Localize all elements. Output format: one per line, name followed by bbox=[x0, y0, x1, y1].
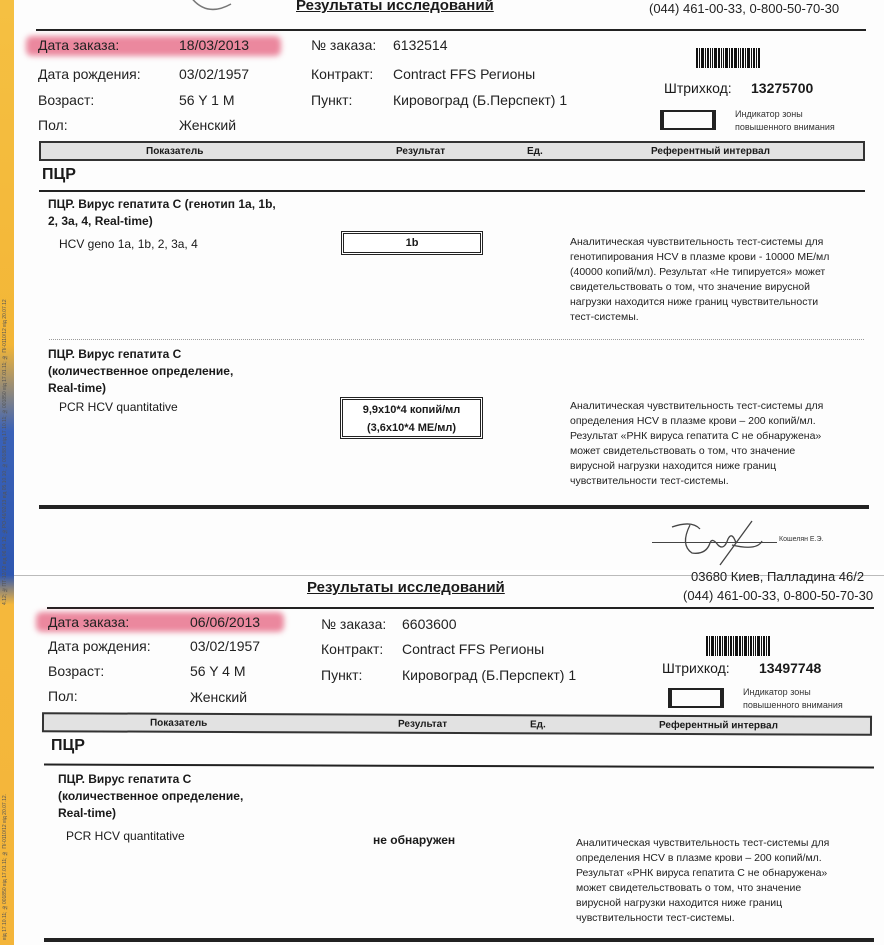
footer-divider bbox=[39, 505, 869, 509]
result-value-genotype: 1b bbox=[341, 231, 483, 255]
contract-value: Contract FFS Регионы bbox=[402, 641, 544, 657]
results-table-header: Показатель Результат Ед. Референтный инт… bbox=[39, 141, 865, 161]
results-table-header: Показатель Результат Ед. Референтный инт… bbox=[42, 712, 872, 736]
order-number-value: 6603600 bbox=[402, 616, 457, 632]
order-date-label: Дата заказа: bbox=[38, 37, 119, 53]
reference-quantitative: Аналитическая чувствительность тест-сист… bbox=[576, 836, 846, 926]
report-sheet-1: Результаты исследований (044) 461-00-33,… bbox=[14, 0, 884, 570]
col-indicator: Показатель bbox=[146, 146, 203, 157]
footer-divider bbox=[44, 938, 874, 942]
age-value: 56 Y 1 M bbox=[179, 92, 235, 108]
order-number-label: № заказа: bbox=[321, 616, 386, 632]
license-text-vertical: 4.12; №ПТ-12/12 від 06.04.12; №РО-46/02/… bbox=[2, 205, 8, 605]
logo-arc-icon bbox=[186, 0, 246, 18]
point-label: Пункт: bbox=[321, 667, 362, 683]
test-subname-quantitative: PCR HCV quantitative bbox=[59, 400, 178, 414]
barcode-number: 13497748 bbox=[759, 660, 821, 676]
lab-phone: (044) 461-00-33, 0-800-50-70-30 bbox=[649, 1, 839, 16]
test-name-quantitative: ПЦР. Вирус гепатита С (количественное оп… bbox=[48, 346, 233, 397]
point-label: Пункт: bbox=[311, 92, 352, 108]
point-value: Кировоград (Б.Перспект) 1 bbox=[393, 92, 567, 108]
attention-indicator-label: Индикатор зоны повышенного внимания bbox=[735, 108, 835, 134]
age-label: Возраст: bbox=[48, 663, 104, 679]
barcode-label: Штрихкод: bbox=[664, 80, 732, 96]
report-sheet-2: 03680 Киев, Палладина 46/2 Результаты ис… bbox=[14, 575, 884, 945]
header-divider bbox=[36, 29, 866, 31]
result-value-quantitative: не обнаружен bbox=[373, 833, 455, 847]
order-number-value: 6132514 bbox=[393, 37, 448, 53]
contract-label: Контракт: bbox=[321, 641, 383, 657]
reference-genotype: Аналитическая чувствительность тест-сист… bbox=[570, 235, 840, 325]
col-result: Результат bbox=[398, 719, 447, 730]
barcode-number: 13275700 bbox=[751, 80, 813, 96]
sex-label: Пол: bbox=[38, 117, 68, 133]
header-divider bbox=[47, 607, 874, 609]
col-unit: Ед. bbox=[527, 146, 543, 157]
sex-value: Женский bbox=[179, 117, 236, 133]
attention-indicator-box bbox=[668, 688, 724, 708]
reference-quantitative: Аналитическая чувствительность тест-сист… bbox=[570, 399, 840, 489]
section-title-pcr: ПЦР bbox=[42, 166, 76, 184]
test-subname-quantitative: PCR HCV quantitative bbox=[66, 829, 185, 843]
birth-date-label: Дата рождения: bbox=[38, 66, 141, 82]
section-title-pcr: ПЦР bbox=[51, 737, 85, 755]
license-text-vertical-2: від 17.10.11; №001850 від 17.01.11; № П/… bbox=[2, 790, 8, 940]
order-number-label: № заказа: bbox=[311, 37, 376, 53]
col-reference: Референтный интервал bbox=[659, 720, 778, 732]
birth-date-value: 03/02/1957 bbox=[179, 66, 249, 82]
lab-address: 03680 Киев, Палладина 46/2 bbox=[691, 569, 864, 584]
order-date-value: 06/06/2013 bbox=[190, 614, 260, 630]
order-date-value: 18/03/2013 bbox=[179, 37, 249, 53]
contract-value: Contract FFS Регионы bbox=[393, 66, 535, 82]
order-date-label: Дата заказа: bbox=[48, 614, 129, 630]
col-indicator: Показатель bbox=[150, 718, 207, 729]
col-result: Результат bbox=[396, 146, 445, 157]
report-title: Результаты исследований bbox=[296, 0, 494, 14]
barcode-icon bbox=[706, 636, 770, 656]
birth-date-value: 03/02/1957 bbox=[190, 638, 260, 654]
attention-indicator-box bbox=[660, 110, 716, 130]
test-name-genotype: ПЦР. Вирус гепатита С (генотип 1а, 1b, 2… bbox=[48, 196, 276, 230]
signature-icon bbox=[662, 515, 772, 570]
test-name-quantitative: ПЦР. Вирус гепатита С (количественное оп… bbox=[58, 771, 243, 822]
birth-date-label: Дата рождения: bbox=[48, 638, 151, 654]
col-unit: Ед. bbox=[530, 719, 546, 730]
barcode-label: Штрихкод: bbox=[662, 660, 730, 676]
age-label: Возраст: bbox=[38, 92, 94, 108]
section-divider bbox=[39, 190, 865, 192]
sex-value: Женский bbox=[190, 689, 247, 705]
sex-label: Пол: bbox=[48, 688, 78, 704]
barcode-icon bbox=[696, 48, 760, 68]
attention-indicator-label: Индикатор зоны повышенного внимания bbox=[743, 686, 843, 712]
signer-name: Кошелян Е.Э. bbox=[779, 536, 824, 543]
lab-phone: (044) 461-00-33, 0-800-50-70-30 bbox=[683, 588, 873, 603]
age-value: 56 Y 4 M bbox=[190, 663, 246, 679]
col-reference: Референтный интервал bbox=[651, 146, 770, 157]
point-value: Кировоград (Б.Перспект) 1 bbox=[402, 667, 576, 683]
section-divider bbox=[44, 764, 874, 769]
test-separator bbox=[49, 339, 864, 340]
result-value-quantitative: 9,9x10*4 копий/мл (3,6x10*4 МЕ/мл) bbox=[340, 397, 483, 439]
test-subname-genotype: HCV geno 1a, 1b, 2, 3a, 4 bbox=[59, 237, 198, 251]
contract-label: Контракт: bbox=[311, 66, 373, 82]
report-title: Результаты исследований bbox=[307, 579, 505, 596]
